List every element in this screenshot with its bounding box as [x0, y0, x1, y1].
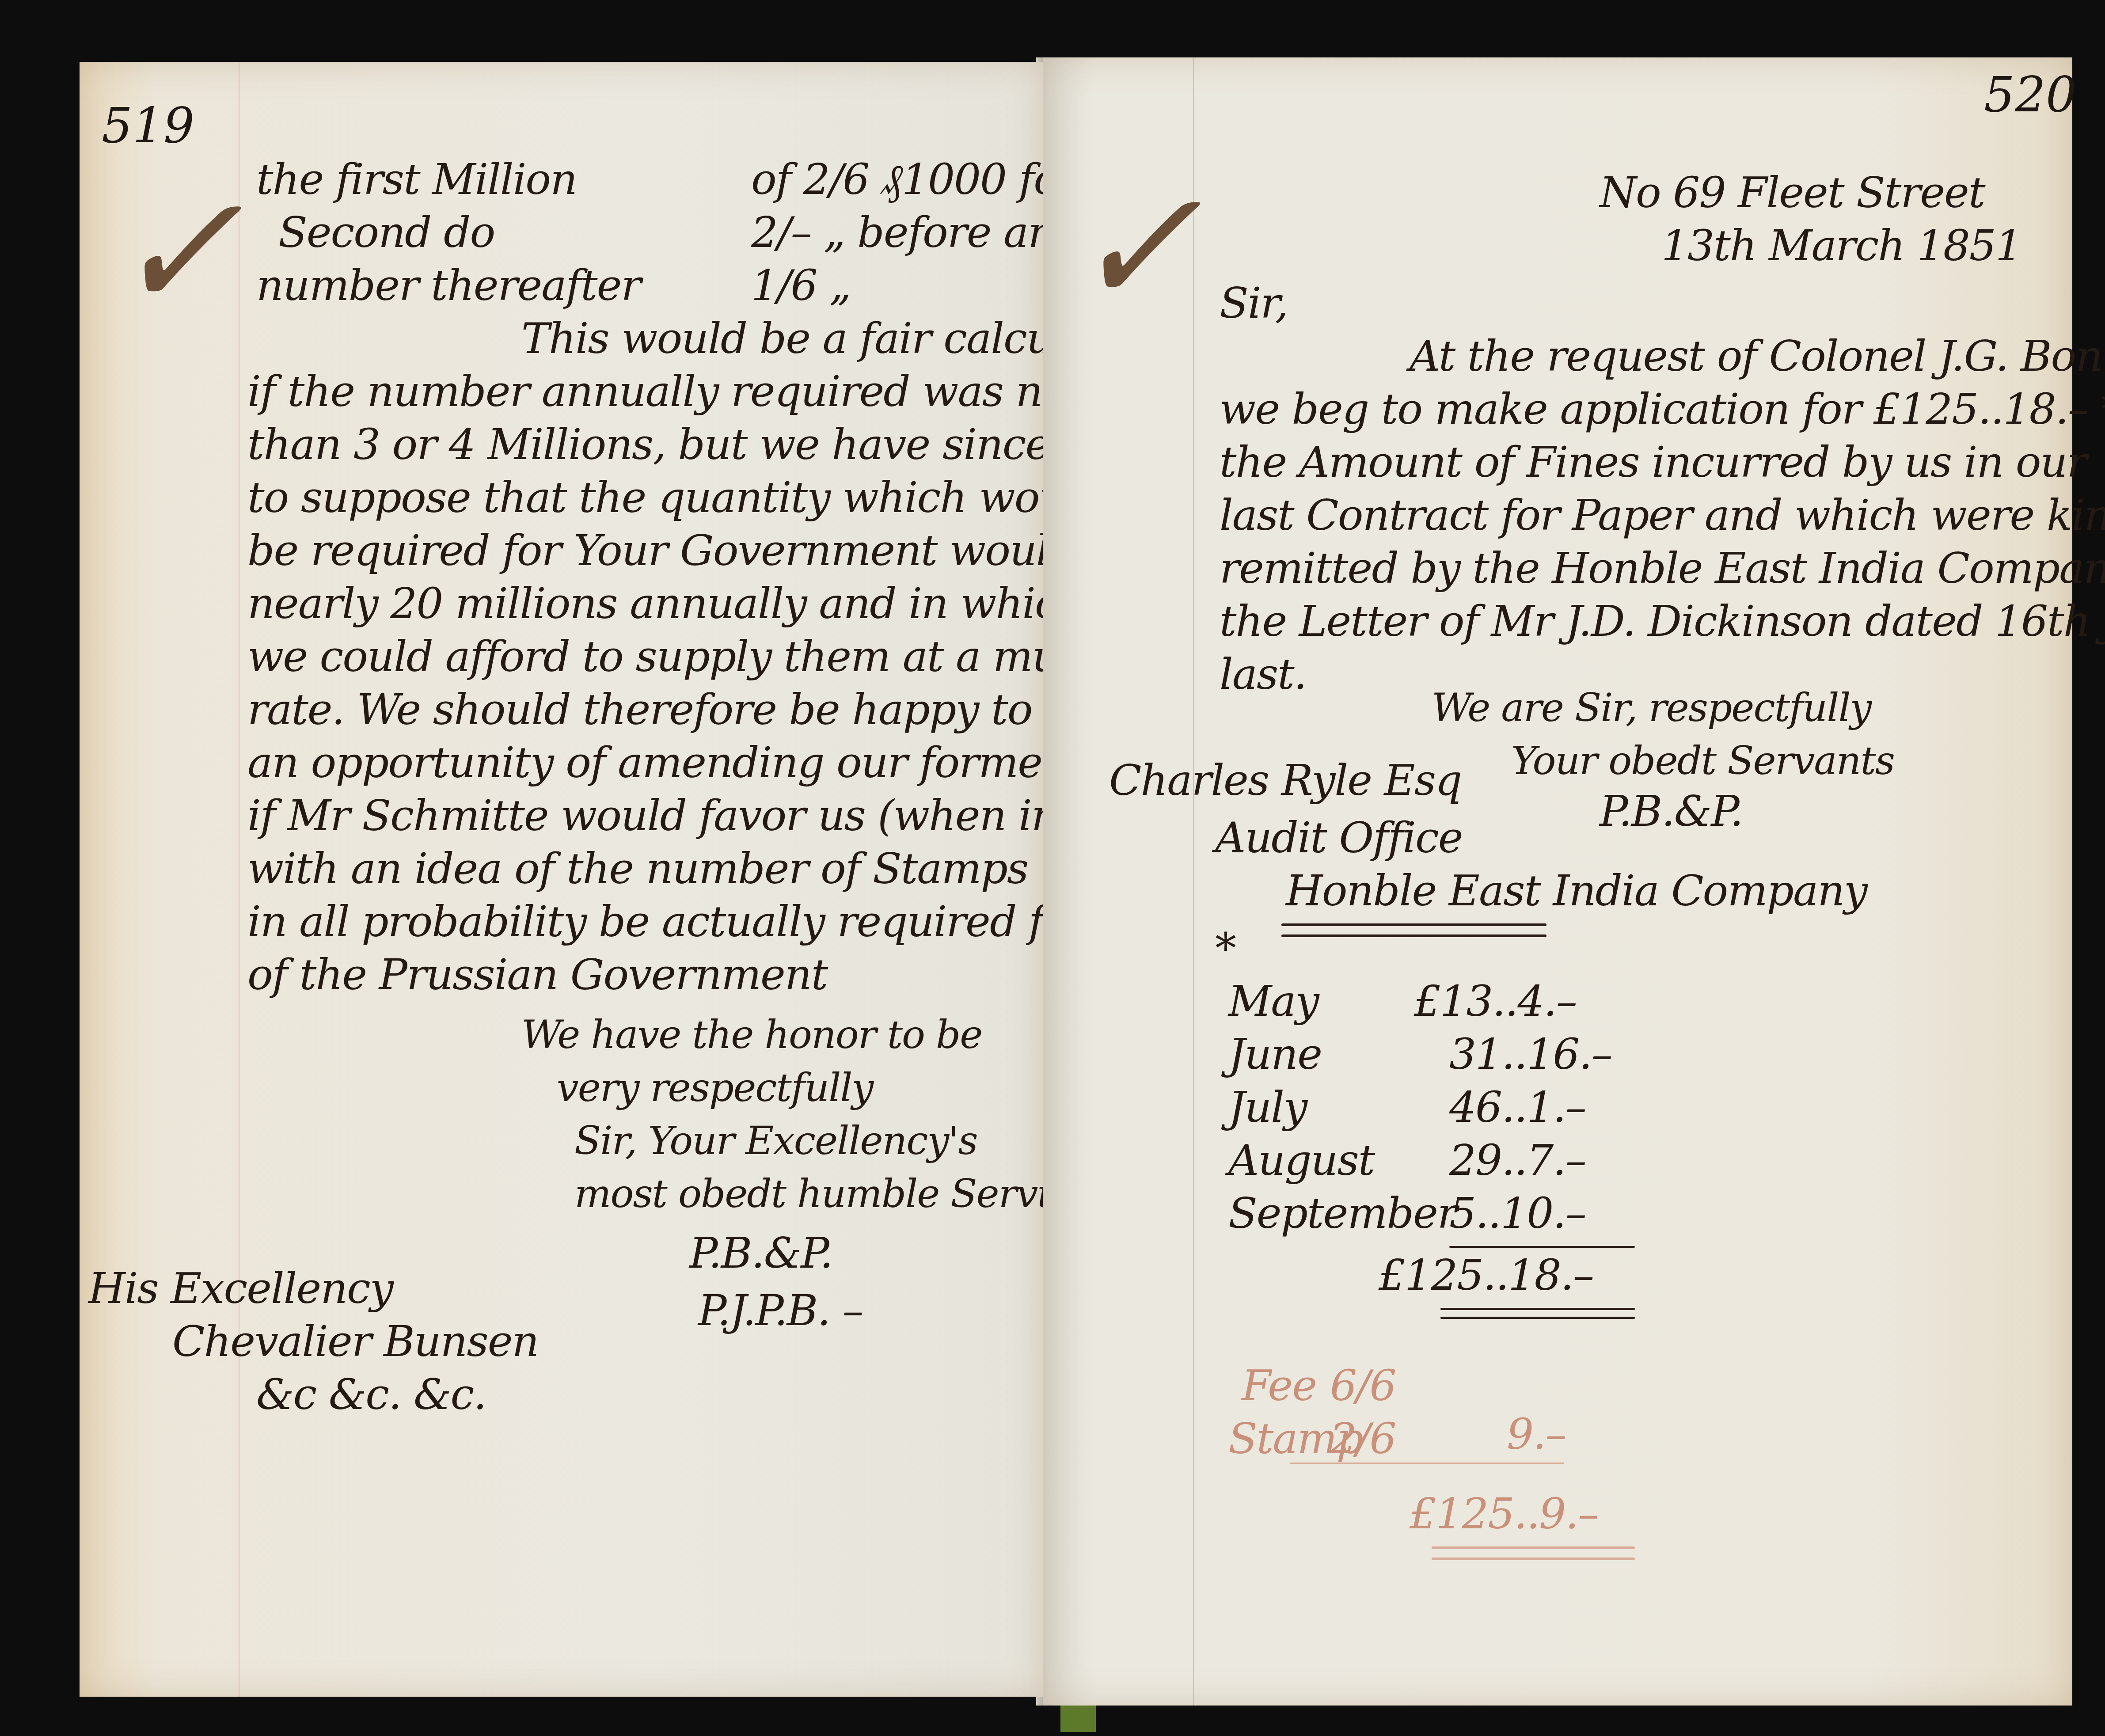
closing-line: Your obedt Servants	[1511, 738, 1894, 784]
amount-cell: 31..16.–	[1449, 1029, 1612, 1079]
rate-value: 1/6 „	[751, 261, 851, 311]
rate-value: 2/– „ before any	[751, 208, 1077, 258]
month-cell: August	[1228, 1136, 1414, 1185]
rate-label: number thereafter	[256, 261, 640, 311]
signature: P.B.&P.	[1600, 786, 1743, 836]
closing-line: We have the honor to be	[521, 1012, 982, 1058]
table-total: £125..18.–	[1379, 1250, 1593, 1300]
letter-date: 13th March 1851	[1661, 221, 2021, 271]
double-underline	[1432, 1546, 1635, 1549]
amount-cell: 29..7.–	[1449, 1136, 1586, 1185]
body-line: the Amount of Fines incurred by us in ou…	[1220, 437, 2086, 487]
page-number: 519	[102, 97, 194, 154]
sum-line	[1449, 1246, 1635, 1248]
closing-line: We are Sir, respectfully	[1432, 685, 1871, 731]
underline	[1281, 934, 1546, 937]
note-subtotal: 9.–	[1507, 1409, 1566, 1459]
addressee-line: Charles Ryle Esq	[1109, 756, 1461, 805]
amount-cell: 5..10.–	[1449, 1189, 1586, 1238]
table-row: May £13..4.–	[1228, 976, 1626, 1026]
body-line: of the Prussian Government	[247, 950, 827, 1000]
addressee-line: Audit Office	[1215, 813, 1462, 863]
table-row: August 29..7.–	[1228, 1136, 1626, 1185]
note-value: 2/6	[1330, 1414, 1396, 1464]
binding-ribbon	[1060, 1706, 1096, 1732]
amount-cell: £13..4.–	[1414, 976, 1577, 1026]
table-row: July 46..1.–	[1228, 1083, 1626, 1132]
underline	[1281, 923, 1546, 926]
month-cell: May	[1228, 976, 1414, 1026]
rate-label: Second do	[278, 208, 494, 258]
table-row: September 5..10.–	[1228, 1189, 1626, 1238]
body-line: last.	[1220, 650, 1306, 699]
body-line: last Contract for Paper and which were k…	[1220, 490, 2105, 540]
double-underline	[1440, 1308, 1635, 1310]
note-label: Fee	[1242, 1361, 1316, 1411]
note-total: £125..9.–	[1410, 1489, 1598, 1539]
salutation: Sir,	[1220, 278, 1288, 328]
body-line: At the request of Colonel J.G. Bonner	[1410, 331, 2105, 381]
body-line: the Letter of Mr J.D. Dickinson dated 16…	[1220, 596, 2105, 646]
check-mark-icon: ✓	[110, 172, 244, 331]
addressee-line: Chevalier Bunsen	[172, 1317, 538, 1367]
table-row: June 31..16.–	[1228, 1029, 1626, 1079]
closing-line: most obedt humble Servts	[574, 1171, 1071, 1217]
left-page: 519 ✓ the first Million of 2/6 ₰1000 for…	[80, 62, 1043, 1697]
month-cell: June	[1228, 1029, 1414, 1079]
month-cell: September	[1228, 1189, 1414, 1238]
addressee-line: His Excellency	[88, 1264, 393, 1314]
sum-line	[1290, 1462, 1564, 1464]
check-mark-icon: ✓	[1069, 168, 1203, 327]
page-number: 520	[1984, 66, 2077, 123]
closing-line: Sir, Your Excellency's	[574, 1118, 977, 1164]
closing-line: very respectfully	[557, 1065, 873, 1111]
double-underline	[1432, 1557, 1635, 1560]
right-page: 520 ✓ No 69 Fleet Street 13th March 1851…	[1043, 57, 2072, 1706]
sender-address: No 69 Fleet Street	[1600, 168, 1984, 218]
rate-label: the first Million	[256, 155, 577, 205]
body-line: remitted by the Honble East India Compan…	[1220, 543, 2105, 593]
month-cell: July	[1228, 1083, 1414, 1132]
body-line: we beg to make application for £125..18.…	[1220, 384, 2105, 434]
addressee-line: Honble East India Company	[1286, 866, 1867, 916]
note-value: 6/6	[1330, 1361, 1396, 1411]
double-underline	[1440, 1317, 1635, 1319]
signature: P.J.P.B. –	[698, 1286, 863, 1336]
signature: P.B.&P.	[689, 1228, 832, 1278]
footnote-marker: *	[1215, 923, 1235, 973]
amount-cell: 46..1.–	[1449, 1083, 1586, 1132]
addressee-line: &c &c. &c.	[256, 1370, 486, 1420]
